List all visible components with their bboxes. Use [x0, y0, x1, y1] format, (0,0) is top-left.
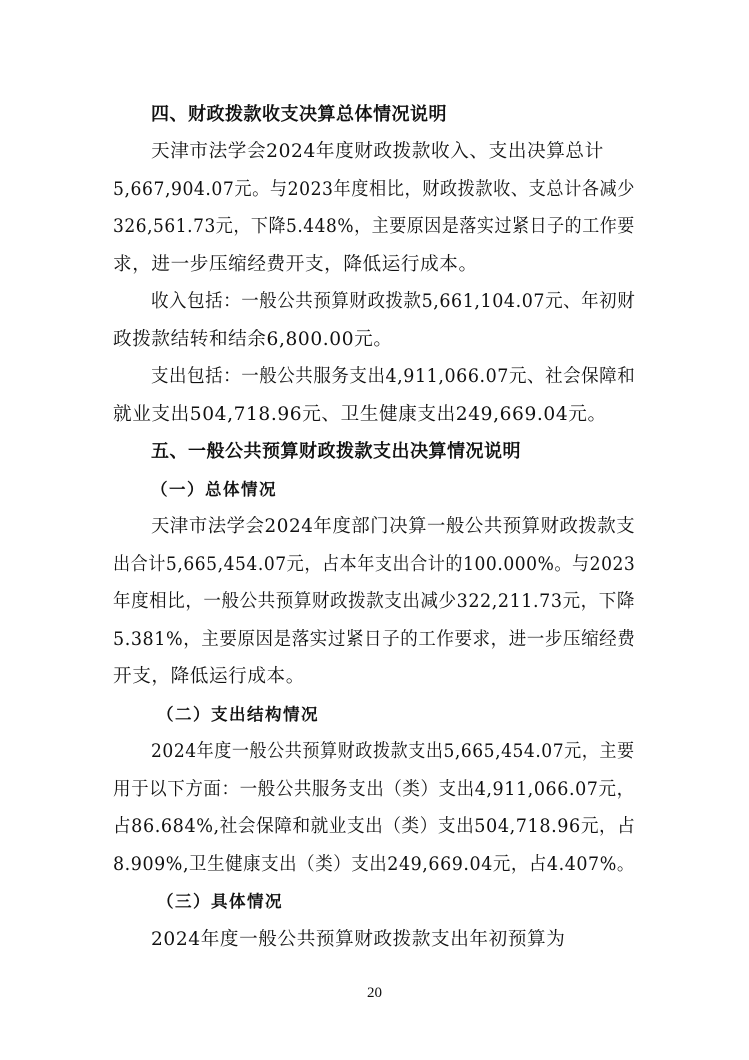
paragraph-line: 5.381%，主要原因是落实过紧日子的工作要求，进一步压缩经费 [113, 621, 635, 658]
paragraph-line: 占86.684%,社会保障和就业支出（类）支出504,718.96元，占 [113, 808, 635, 845]
paragraph-line: 326,561.73元，下降5.448%，主要原因是落实过紧日子的工作要 [113, 208, 635, 245]
paragraph-line: 支出包括：一般公共服务支出4,911,066.07元、社会保障和 [151, 358, 635, 395]
subsection-heading-2: （二）支出结构情况 [157, 696, 319, 733]
paragraph-line: 开支，降低运行成本。 [113, 658, 305, 695]
paragraph-line: 就业支出504,718.96元、卫生健康支出249,669.04元。 [113, 396, 607, 433]
paragraph-line: 收入包括：一般公共预算财政拨款5,661,104.07元、年初财 [151, 283, 635, 320]
subsection-heading-3: （三）具体情况 [157, 883, 283, 920]
section-heading-5: 五、一般公共预算财政拨款支出决算情况说明 [151, 433, 521, 470]
page-number: 20 [0, 985, 749, 1002]
paragraph-line: 用于以下方面：一般公共服务支出（类）支出4,911,066.07元， [113, 771, 635, 808]
paragraph-line: 年度相比，一般公共预算财政拨款支出减少322,211.73元，下降 [113, 583, 635, 620]
paragraph-line: 8.909%,卫生健康支出（类）支出249,669.04元，占4.407%。 [113, 846, 635, 883]
paragraph-line: 2024年度一般公共预算财政拨款支出年初预算为 [151, 921, 565, 958]
subsection-heading-1: （一）总体情况 [151, 471, 277, 508]
paragraph-line: 天津市法学会2024年度部门决算一般公共预算财政拨款支 [151, 508, 635, 545]
paragraph-line: 5,667,904.07元。与2023年度相比，财政拨款收、支总计各减少 [113, 171, 635, 208]
paragraph-line: 求，进一步压缩经费开支，降低运行成本。 [113, 246, 478, 283]
paragraph-line: 天津市法学会2024年度财政拨款收入、支出决算总计 [151, 133, 604, 170]
paragraph-line: 政拨款结转和结余6,800.00元。 [113, 321, 393, 358]
paragraph-line: 2024年度一般公共预算财政拨款支出5,665,454.07元，主要 [151, 733, 635, 770]
section-heading-4: 四、财政拨款收支决算总体情况说明 [151, 96, 447, 133]
paragraph-line: 出合计5,665,454.07元，占本年支出合计的100.000%。与2023 [113, 546, 635, 583]
